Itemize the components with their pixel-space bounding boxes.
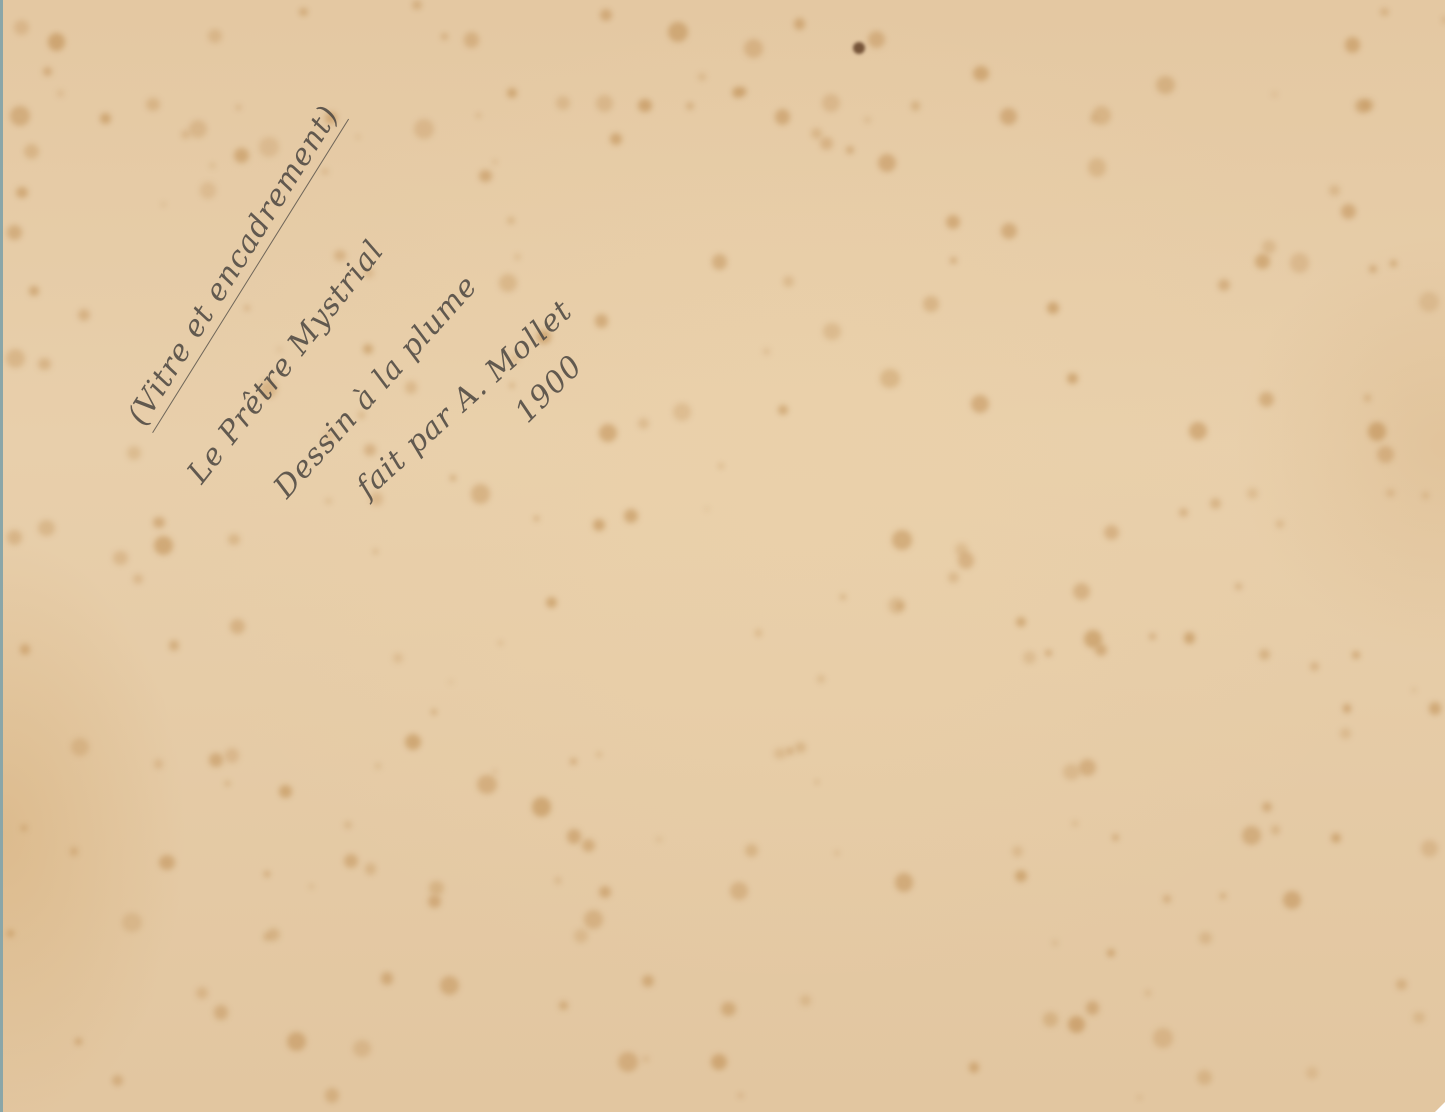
foxing-spot	[868, 31, 885, 48]
foxing-spot	[555, 877, 561, 883]
foxing-spot	[169, 640, 180, 651]
foxing-spot	[1259, 649, 1270, 660]
foxing-spot	[259, 137, 279, 157]
foxing-spot	[1043, 1012, 1058, 1027]
foxing-spot	[584, 910, 603, 929]
foxing-spot	[800, 995, 811, 1006]
foxing-spot	[161, 202, 166, 207]
foxing-spot	[428, 895, 441, 908]
foxing-spot	[597, 752, 602, 757]
foxing-spot	[755, 629, 763, 637]
foxing-spot	[263, 933, 271, 941]
foxing-spot	[393, 653, 403, 663]
foxing-spot	[299, 8, 308, 17]
foxing-spot	[1345, 37, 1361, 53]
foxing-spot	[1199, 932, 1212, 945]
foxing-spot	[515, 254, 520, 259]
foxing-spot	[567, 829, 581, 843]
foxing-spot	[559, 1001, 568, 1010]
foxing-spot	[1090, 115, 1098, 123]
foxing-spot	[1012, 846, 1023, 857]
foxing-spot	[498, 641, 502, 645]
foxing-spot	[209, 753, 223, 767]
foxing-spot	[322, 169, 327, 174]
foxing-spot	[75, 1038, 82, 1045]
foxing-spot	[1000, 108, 1017, 125]
foxing-spot	[864, 117, 870, 123]
foxing-spot	[1413, 1012, 1425, 1024]
foxing-spot	[381, 972, 393, 984]
foxing-spot	[244, 305, 250, 311]
foxing-spot	[449, 680, 453, 684]
foxing-spot	[599, 424, 617, 442]
foxing-spot	[16, 187, 28, 199]
foxing-spot	[1368, 422, 1386, 440]
foxing-spot	[112, 1075, 123, 1086]
foxing-spot	[1412, 688, 1416, 692]
foxing-spot	[1422, 492, 1429, 499]
foxing-spot	[7, 930, 14, 937]
foxing-spot	[1015, 870, 1027, 882]
foxing-spot	[950, 257, 957, 264]
foxing-spot	[1163, 895, 1171, 903]
foxing-spot	[534, 516, 539, 521]
foxing-spot	[643, 1056, 649, 1062]
foxing-spot	[154, 536, 173, 555]
foxing-spot	[7, 530, 22, 545]
foxing-spot	[228, 534, 239, 545]
foxing-spot	[705, 507, 709, 511]
foxing-spot	[732, 87, 743, 98]
foxing-spot	[1220, 893, 1226, 899]
foxing-spot	[783, 276, 794, 287]
foxing-spot	[1262, 802, 1272, 812]
foxing-spot	[971, 395, 989, 413]
foxing-spot	[892, 530, 911, 549]
foxing-spot	[738, 87, 747, 96]
foxing-spot	[200, 182, 217, 199]
foxing-spot	[745, 844, 758, 857]
foxing-spot	[365, 863, 376, 874]
foxing-spot	[718, 463, 724, 469]
foxing-spot	[6, 349, 25, 368]
foxing-spot	[153, 517, 165, 529]
foxing-spot	[14, 20, 28, 34]
foxing-spot	[24, 144, 39, 159]
foxing-spot	[593, 519, 605, 531]
foxing-spot	[479, 170, 492, 183]
foxing-spot	[946, 215, 960, 229]
foxing-spot	[1369, 265, 1377, 273]
foxing-spot	[1210, 498, 1221, 509]
foxing-spot	[737, 1092, 745, 1100]
foxing-spot	[1276, 520, 1284, 528]
foxing-spot	[493, 160, 497, 164]
foxing-spot	[846, 146, 854, 154]
foxing-spot	[363, 344, 373, 354]
foxing-spot	[794, 18, 805, 29]
foxing-spot	[431, 709, 437, 715]
foxing-spot	[1283, 891, 1301, 909]
foxing-spot	[225, 748, 240, 763]
foxing-spot	[823, 323, 841, 341]
foxing-spot	[208, 29, 222, 43]
foxing-spot	[1084, 630, 1102, 648]
foxing-spot	[38, 520, 55, 537]
foxing-spot	[546, 597, 557, 608]
foxing-spot	[570, 758, 577, 765]
foxing-spot	[70, 847, 78, 855]
foxing-spot	[127, 446, 141, 460]
foxing-spot	[1179, 508, 1188, 517]
foxing-spot	[210, 163, 215, 168]
foxing-spot	[1156, 76, 1175, 95]
foxing-spot	[414, 119, 434, 139]
foxing-spot	[471, 484, 490, 503]
foxing-spot	[811, 128, 823, 140]
foxing-spot	[1352, 651, 1359, 658]
foxing-spot	[888, 597, 905, 614]
foxing-spot	[786, 747, 794, 755]
foxing-spot	[1088, 158, 1107, 177]
foxing-spot	[955, 543, 968, 556]
foxing-spot	[499, 274, 517, 292]
foxing-spot	[668, 22, 688, 42]
foxing-spot	[1255, 254, 1270, 269]
foxing-spot	[556, 96, 570, 110]
foxing-spot	[1340, 728, 1351, 739]
foxing-spot	[1290, 253, 1309, 272]
foxing-spot	[656, 837, 662, 843]
foxing-spots	[3, 0, 1445, 1112]
foxing-spot	[287, 1032, 306, 1051]
foxing-spot	[1184, 632, 1196, 644]
foxing-spot	[230, 619, 245, 634]
foxing-spot	[1218, 279, 1231, 292]
handwritten-note-glass-and-frame: (Vitre et encadrement)	[121, 99, 349, 433]
foxing-spot	[880, 369, 899, 388]
foxing-spot	[1095, 644, 1107, 656]
foxing-spot	[1107, 949, 1115, 957]
aged-paper-sheet: (Vitre et encadrement) Le Prêtre Mystria…	[0, 0, 1445, 1112]
foxing-spot	[1153, 1028, 1172, 1047]
foxing-spot	[43, 67, 52, 76]
foxing-spot	[778, 405, 788, 415]
foxing-spot	[71, 738, 89, 756]
foxing-spot	[795, 742, 806, 753]
foxing-spot	[10, 106, 30, 126]
dark-stain	[853, 42, 865, 54]
foxing-spot	[835, 851, 839, 855]
foxing-spot	[815, 780, 819, 784]
foxing-spot	[1272, 92, 1277, 97]
foxing-spot	[1235, 583, 1242, 590]
foxing-spot	[712, 254, 728, 270]
foxing-spot	[196, 987, 208, 999]
foxing-spot	[1242, 826, 1261, 845]
foxing-spot	[1377, 446, 1394, 463]
foxing-spot	[822, 94, 840, 112]
foxing-spot	[624, 509, 638, 523]
foxing-spot	[686, 102, 694, 110]
foxing-spot	[600, 9, 612, 21]
foxing-spot	[721, 1002, 736, 1017]
foxing-spot	[1112, 834, 1119, 841]
foxing-spot	[20, 644, 31, 655]
foxing-spot	[1310, 662, 1319, 671]
foxing-spot	[1072, 821, 1077, 826]
foxing-spot	[159, 855, 175, 871]
foxing-spot	[122, 913, 142, 933]
foxing-spot	[1441, 16, 1445, 25]
foxing-spot	[510, 383, 515, 388]
foxing-spot	[234, 148, 250, 164]
foxing-spot	[895, 602, 904, 611]
foxing-spot	[638, 99, 651, 112]
foxing-spot	[1343, 704, 1351, 712]
foxing-spot	[1419, 292, 1439, 312]
foxing-spot	[817, 675, 825, 683]
foxing-spot	[1016, 617, 1026, 627]
foxing-spot	[1355, 99, 1369, 113]
foxing-spot	[1189, 422, 1207, 440]
foxing-spot	[1380, 8, 1388, 16]
paper-corner-notch	[1435, 1102, 1445, 1112]
foxing-spot	[596, 95, 613, 112]
foxing-spot	[429, 881, 444, 896]
foxing-spot	[181, 130, 190, 139]
foxing-spot	[744, 39, 763, 58]
foxing-spot	[1390, 260, 1397, 267]
foxing-spot	[356, 135, 360, 139]
foxing-spot	[1341, 204, 1356, 219]
foxing-spot	[38, 358, 51, 371]
foxing-spot	[344, 821, 352, 829]
foxing-spot	[878, 154, 896, 172]
foxing-spot	[1364, 394, 1372, 402]
foxing-spot	[1386, 489, 1394, 497]
foxing-spot	[1068, 1016, 1085, 1033]
foxing-spot	[1001, 223, 1017, 239]
foxing-spot	[618, 1052, 638, 1072]
foxing-spot	[441, 33, 448, 40]
foxing-spot	[267, 928, 280, 941]
foxing-spot	[969, 1062, 980, 1073]
foxing-spot	[774, 748, 786, 760]
foxing-spot	[958, 552, 974, 568]
foxing-spot	[1149, 633, 1156, 640]
foxing-spot	[1421, 840, 1438, 857]
foxing-spot	[364, 444, 376, 456]
foxing-spot	[1067, 373, 1078, 384]
foxing-spot	[133, 574, 143, 584]
foxing-spot	[730, 882, 748, 900]
foxing-spot	[1429, 702, 1442, 715]
foxing-spot	[309, 884, 315, 890]
foxing-spot	[21, 825, 27, 831]
foxing-spot	[1137, 1095, 1142, 1100]
foxing-spot	[1052, 940, 1058, 946]
foxing-spot	[412, 0, 422, 10]
foxing-spot	[1047, 302, 1059, 314]
foxing-spot	[1073, 583, 1090, 600]
foxing-spot	[1079, 759, 1096, 776]
foxing-spot	[763, 348, 770, 355]
foxing-spot	[1145, 990, 1151, 996]
foxing-spot	[1247, 488, 1258, 499]
foxing-spot	[264, 871, 270, 877]
foxing-spot	[189, 120, 207, 138]
foxing-spot	[440, 976, 459, 995]
foxing-spot	[775, 109, 790, 124]
foxing-spot	[507, 88, 517, 98]
foxing-spot	[1396, 979, 1407, 990]
foxing-spot	[1023, 651, 1037, 665]
foxing-spot	[1361, 99, 1373, 111]
foxing-spot	[638, 418, 650, 430]
foxing-spot	[113, 551, 128, 566]
foxing-spot	[711, 1054, 727, 1070]
foxing-spot	[325, 1088, 339, 1102]
foxing-spot	[948, 572, 960, 584]
foxing-spot	[7, 225, 22, 240]
foxing-spot	[1262, 240, 1277, 255]
foxing-spot	[610, 133, 622, 145]
foxing-spot	[405, 381, 418, 394]
foxing-spot	[100, 113, 111, 124]
foxing-spot	[1045, 650, 1051, 656]
foxing-spot	[1271, 825, 1281, 835]
foxing-spot	[353, 1040, 370, 1057]
foxing-spot	[450, 475, 456, 481]
foxing-spot	[464, 32, 480, 48]
foxing-spot	[325, 498, 331, 504]
foxing-spot	[236, 105, 241, 110]
foxing-spot	[373, 549, 378, 554]
foxing-spot	[595, 314, 608, 327]
foxing-spot	[1331, 833, 1341, 843]
foxing-spot	[673, 403, 691, 421]
foxing-spot	[1197, 1070, 1212, 1085]
foxing-spot	[48, 33, 66, 51]
foxing-spot	[698, 73, 706, 81]
foxing-spot	[1259, 392, 1274, 407]
foxing-spot	[820, 137, 833, 150]
foxing-spot	[214, 1005, 228, 1019]
foxing-spot	[154, 759, 163, 768]
foxing-spot	[225, 781, 229, 785]
foxing-spot	[1104, 525, 1119, 540]
foxing-spot	[146, 98, 160, 112]
foxing-spot	[279, 785, 292, 798]
foxing-spot	[1063, 764, 1079, 780]
foxing-spot	[840, 594, 846, 600]
foxing-spot	[507, 217, 515, 225]
foxing-spot	[599, 886, 611, 898]
foxing-spot	[923, 296, 938, 311]
foxing-spot	[493, 769, 497, 773]
foxing-spot	[1306, 1067, 1318, 1079]
foxing-spot	[1329, 185, 1340, 196]
foxing-spot	[477, 775, 496, 794]
foxing-spot	[78, 309, 90, 321]
foxing-spot	[582, 839, 596, 853]
foxing-spot	[642, 975, 654, 987]
foxing-spot	[1086, 1001, 1099, 1014]
foxing-spot	[57, 90, 64, 97]
foxing-spot	[911, 101, 921, 111]
foxing-spot	[476, 113, 482, 119]
foxing-spot	[405, 734, 422, 751]
foxing-spot	[973, 66, 988, 81]
foxing-spot	[1092, 106, 1111, 125]
foxing-spot	[895, 873, 914, 892]
foxing-spot	[375, 763, 381, 769]
foxing-spot	[29, 286, 39, 296]
foxing-spot	[574, 929, 588, 943]
foxing-spot	[344, 854, 358, 868]
foxing-spot	[532, 797, 552, 817]
